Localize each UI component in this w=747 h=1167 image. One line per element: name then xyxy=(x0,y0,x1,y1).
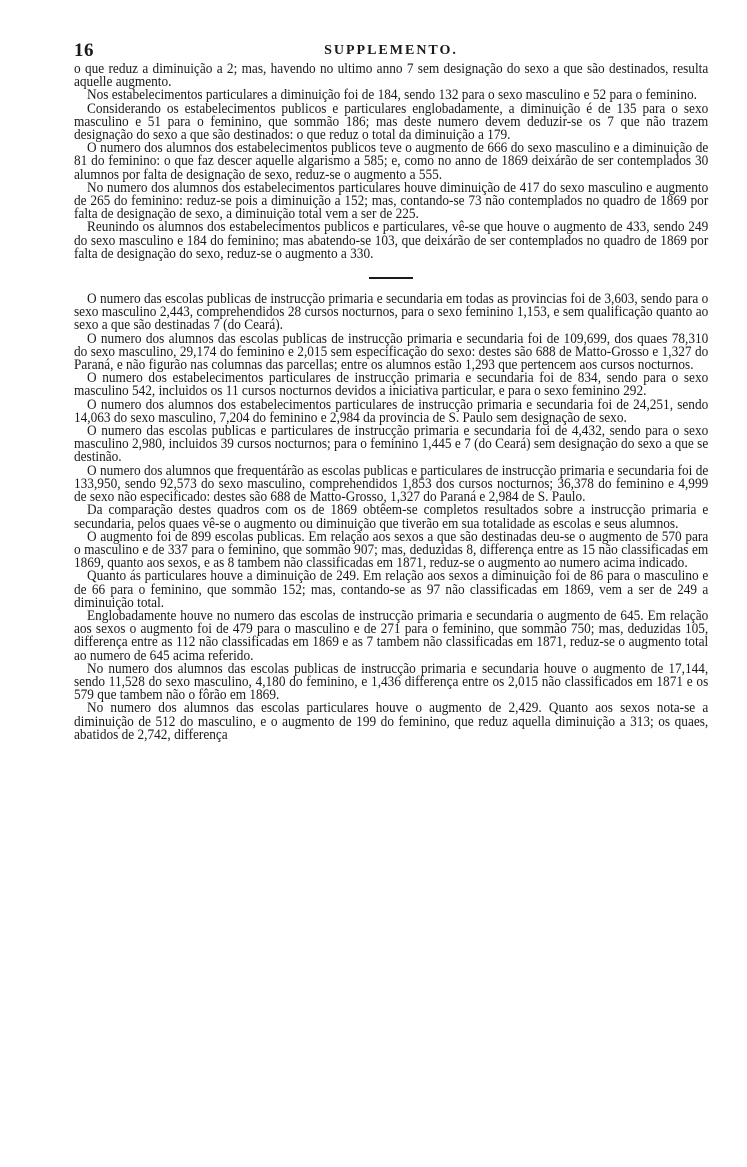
paragraph: o que reduz a diminuição a 2; mas, haven… xyxy=(74,63,708,89)
paragraph: Quanto ás particulares houve a diminuiçã… xyxy=(74,570,708,610)
paragraph: O augmento foi de 899 escolas publicas. … xyxy=(74,531,708,571)
paragraph: Englobadamente houve no numero das escol… xyxy=(74,610,708,663)
paragraph: O numero dos estabelecimentos particular… xyxy=(74,372,708,398)
paragraph: O numero dos alumnos dos estabelecimento… xyxy=(74,142,708,182)
section-divider xyxy=(369,277,413,279)
paragraph: O numero dos alumnos dos estabelecimento… xyxy=(74,399,708,425)
section-continuation: o que reduz a diminuição a 2; mas, haven… xyxy=(74,63,708,261)
section-schools-summary: O numero das escolas publicas de instruc… xyxy=(74,293,708,742)
paragraph: O numero dos alumnos das escolas publica… xyxy=(74,333,708,373)
paragraph: No numero dos alumnos das escolas partic… xyxy=(74,702,708,742)
paragraph: O numero das escolas publicas de instruc… xyxy=(74,293,708,333)
paragraph: O numero dos alumnos que frequentárão as… xyxy=(74,465,708,505)
running-title: SUPPLEMENTO. xyxy=(74,43,708,59)
document-page: 16 SUPPLEMENTO. o que reduz a diminuição… xyxy=(74,40,708,742)
paragraph: Reunindo os alumnos dos estabelecimentos… xyxy=(74,221,708,261)
paragraph: Da comparação destes quadros com os de 1… xyxy=(74,504,708,530)
paragraph: No numero dos alumnos dos estabeleciment… xyxy=(74,182,708,222)
paragraph: Considerando os estabelecimentos publico… xyxy=(74,103,708,143)
paragraph: O numero das escolas publicas e particul… xyxy=(74,425,708,465)
paragraph: No numero dos alumnos das escolas public… xyxy=(74,663,708,703)
page-header: 16 SUPPLEMENTO. xyxy=(74,40,708,62)
